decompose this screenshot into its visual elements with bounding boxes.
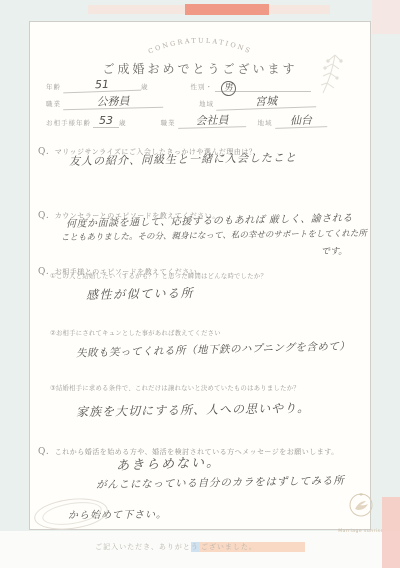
- congratulations-arc: CONGRATULATIONS: [135, 28, 265, 60]
- washi-tape-right-pink: [382, 497, 400, 568]
- q2-answer-line3-handwriting: です。: [321, 244, 347, 257]
- q3-answer2-handwriting: 失敗も笑ってくれる所（地下鉄のハプニングを含めて）: [76, 338, 351, 360]
- age-value: 51: [63, 77, 141, 94]
- footer-thanks-part1: ご記入いただき、ありがと: [95, 543, 191, 551]
- q1-answer-handwriting: 友人の紹介、同級生と一緒に入会したこと: [69, 149, 297, 169]
- q3-answer3-handwriting: 家族を大切にする所、人への思いやり。: [76, 399, 310, 420]
- scanned-survey-page: { "header": { "arc_text": "CONGRATULATIO…: [0, 0, 400, 568]
- partner-age-label: お相手様年齢: [46, 118, 93, 128]
- congratulations-arc-text: CONGRATULATIONS: [147, 37, 253, 56]
- q3-subquestion-2: ②お相手にされてキュンとした事があれば教えてください: [50, 328, 221, 337]
- brand-logo: Marriage sunrise: [336, 490, 386, 534]
- survey-card: CONGRATULATIONS ご成婚おめでとうございます 年齢 51 歳 性別…: [29, 21, 371, 530]
- profile-row-job-region: 職業 公務員 地域 宮城: [46, 95, 316, 109]
- floral-sprig-icon: [313, 53, 353, 99]
- svg-text:CONGRATULATIONS: CONGRATULATIONS: [147, 37, 253, 56]
- region-label: 地域: [199, 99, 216, 109]
- q3-prefix: Q.: [38, 267, 50, 277]
- partner-age-unit-label: 歳: [119, 118, 129, 128]
- footer-thanks-blue-highlight: う: [191, 542, 199, 552]
- footer-thanks: ご記入いただき、ありがとうございました。: [0, 542, 400, 552]
- q4-answer-line1-handwriting: あきらめない。: [116, 451, 222, 474]
- partner-region-label: 地域: [258, 118, 275, 128]
- washi-tape-top-right: [372, 0, 400, 34]
- q3-subquestion-1: ①この人と結婚したい（するかも？）と思った瞬間はどんな時でしたか？: [50, 271, 267, 280]
- profile-row-partner: お相手様年齢 53 歳 職業 会社員 地域 仙台: [46, 114, 327, 128]
- partner-job-value: 会社員: [177, 113, 245, 129]
- q4-answer-line2-handwriting: がんこになっている自分のカラをはずしてみる所: [96, 473, 345, 492]
- footer-thanks-peach-highlight: ございました。: [199, 542, 305, 552]
- dove-logo-icon: [344, 490, 378, 524]
- gender-field: 男: [215, 78, 311, 92]
- job-value: 公務員: [63, 94, 163, 111]
- partner-job-label: 職業: [161, 118, 178, 128]
- gender-label: 性別・: [191, 82, 216, 92]
- profile-row-age-gender: 年齢 51 歳 性別・ 男: [46, 78, 311, 92]
- job-label: 職業: [46, 99, 63, 109]
- brand-logo-text: Marriage sunrise: [336, 529, 386, 534]
- age-unit-label: 歳: [141, 82, 151, 92]
- q2-prefix: Q.: [38, 211, 50, 221]
- washi-tape-top-salmon: [185, 4, 269, 15]
- q3-answer1-handwriting: 感性が似ている所: [86, 284, 194, 303]
- region-value: 宮城: [216, 93, 316, 110]
- q3-subquestion-3: ③結婚相手に求める条件で、これだけは譲れないと決めていたものはありましたか？: [50, 383, 300, 392]
- q1-prefix: Q.: [38, 147, 50, 157]
- q4-prefix: Q.: [38, 447, 50, 457]
- q2-answer-line2-handwriting: こともありました。その分、親身になって、私の幸せのサポートをしてくれた所: [61, 227, 367, 243]
- partner-region-value: 仙台: [274, 113, 326, 129]
- age-label: 年齢: [46, 82, 63, 92]
- partner-age-value: 53: [93, 114, 119, 128]
